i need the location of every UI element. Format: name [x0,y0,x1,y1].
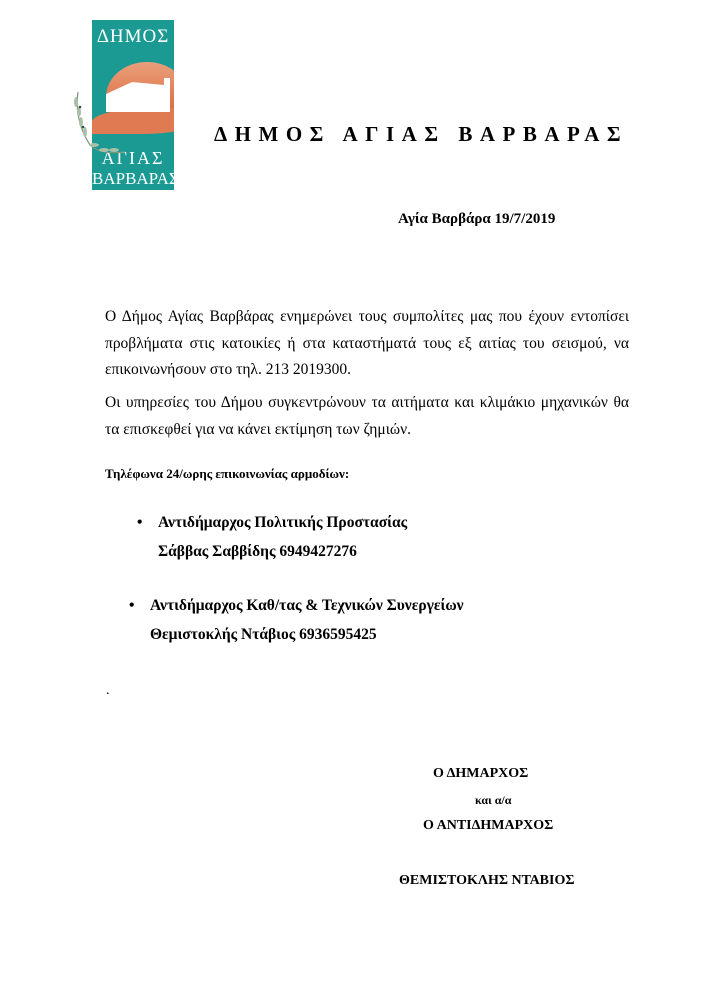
contact-item: •Αντιδήμαρχος Πολιτικής Προστασίας Σάββα… [137,508,407,566]
bell-tower-icon [164,78,170,112]
contact-item: •Αντιδήμαρχος Καθ/τας & Τεχνικών Συνεργε… [129,591,464,649]
announcement-paragraph-2: Οι υπηρεσίες του Δήμου συγκεντρώνουν τα … [105,390,629,443]
signatory-name: ΘΕΜΙΣΤΟΚΛΗΣ ΝΤΑΒΙΟΣ [399,873,575,889]
contact-name-phone: Θεμιστοκλής Ντάβιος 6936595425 [129,620,464,649]
contact-role: Αντιδήμαρχος Πολιτικής Προστασίας [158,514,407,531]
bullet-icon: • [129,591,150,620]
phones-heading: Τηλέφωνα 24/ωρης επικοινωνίας αρμοδίων: [105,466,349,482]
signature-on-behalf: και α/α [475,793,511,808]
stray-dot: . [106,683,110,699]
bullet-icon: • [137,508,158,537]
municipality-title: ΔΗΜΟΣ ΑΓΙΑΣ ΒΑΡΒΑΡΑΣ [214,122,628,147]
olive-branch-icon [70,90,130,160]
logo-bottom-text-2: ΒΑΡΒΑΡΑΣ [92,169,174,189]
signature-deputy-title: Ο ΑΝΤΙΔΗΜΑΡΧΟΣ [423,818,553,834]
announcement-paragraph-1: Ο Δήμος Αγίας Βαρβάρας ενημερώνει τους σ… [105,304,629,384]
contact-role: Αντιδήμαρχος Καθ/τας & Τεχνικών Συνεργεί… [150,597,464,614]
contact-name-phone: Σάββας Σαββίδης 6949427276 [137,537,407,566]
signature-title: Ο ΔΗΜΑΡΧΟΣ [433,766,528,782]
logo-top-text: ΔΗΜΟΣ [92,26,174,48]
date-line: Αγία Βαρβάρα 19/7/2019 [398,211,555,228]
